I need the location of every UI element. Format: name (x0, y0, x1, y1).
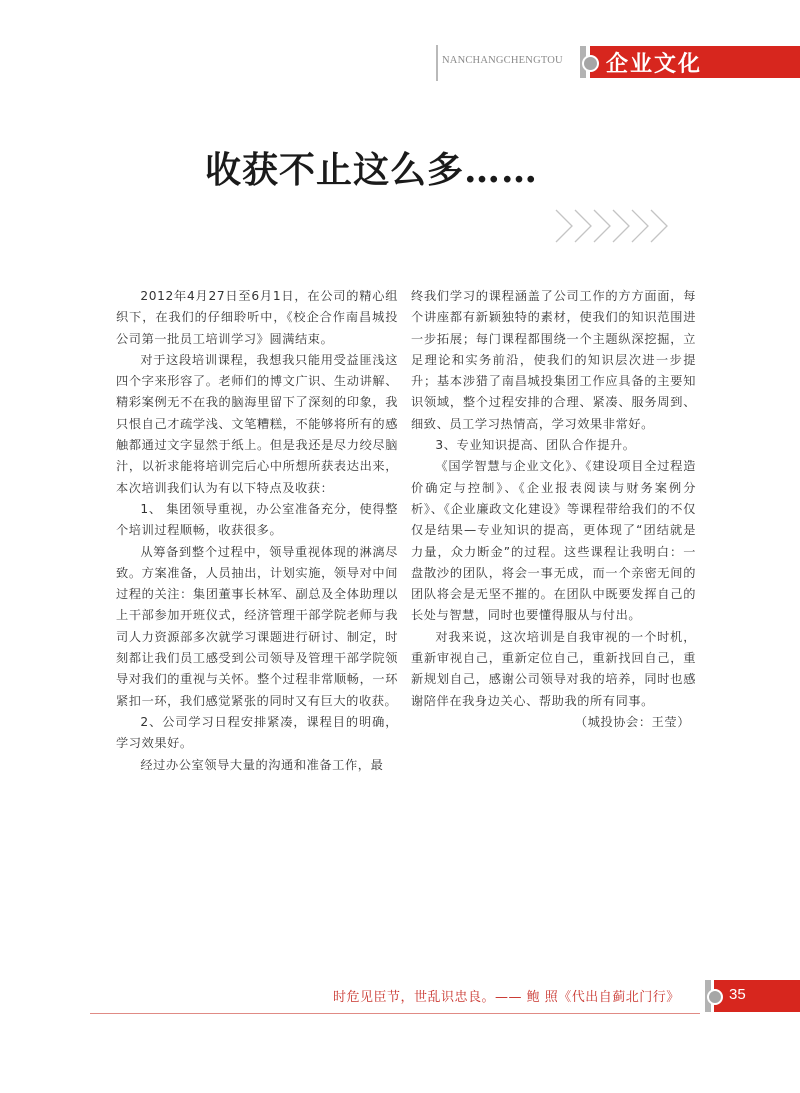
article-column-left: 2012年4月27日至6月1日，在公司的精心组织下，在我们的仔细聆听中，《校企合… (116, 286, 398, 776)
paragraph: 终我们学习的课程涵盖了公司工作的方方面面，每个讲座都有新颖独特的素材，使我们的知… (411, 286, 696, 435)
article-column-right: 终我们学习的课程涵盖了公司工作的方方面面，每个讲座都有新颖独特的素材，使我们的知… (411, 286, 696, 733)
header-dot-icon (582, 55, 599, 72)
page-number-band (714, 980, 800, 1012)
paragraph: 经过办公室领导大量的沟通和准备工作，最 (116, 755, 398, 776)
paragraph: 2、公司学习日程安排紧凑，课程目的明确，学习效果好。 (116, 712, 398, 755)
paragraph: 《国学智慧与企业文化》、《建设项目全过程造价确定与控制》、《企业报表阅读与财务案… (411, 456, 696, 626)
article-title: 收获不止这么多…… (205, 142, 538, 193)
paragraph: 对我来说，这次培训是自我审视的一个时机，重新审视自己，重新定位自己，重新找回自己… (411, 627, 696, 712)
section-label: 企业文化 (606, 47, 702, 78)
header-divider (436, 45, 438, 81)
chevron-arrows-icon (552, 206, 682, 250)
paragraph: 1、 集团领导重视，办公室准备充分，使得整个培训过程顺畅，收获很多。 (116, 499, 398, 542)
publication-name: NANCHANGCHENGTOU (442, 55, 563, 66)
paragraph: 3、专业知识提高、团队合作提升。 (411, 435, 696, 456)
paragraph: 从筹备到整个过程中，领导重视体现的淋漓尽致。方案准备，人员抽出，计划实施，领导对… (116, 542, 398, 712)
page-number: 35 (729, 986, 746, 1003)
author-byline: （城投协会：王莹） (411, 712, 696, 733)
footer-dot-icon (707, 989, 723, 1005)
footer-quote: 时危见臣节，世乱识忠良。—— 鲍 照《代出自蓟北门行》 (333, 986, 680, 1005)
paragraph: 2012年4月27日至6月1日，在公司的精心组织下，在我们的仔细聆听中，《校企合… (116, 286, 398, 350)
footer-rule (90, 1013, 700, 1014)
paragraph: 对于这段培训课程，我想我只能用受益匪浅这四个字来形容了。老师们的博文广识、生动讲… (116, 350, 398, 499)
